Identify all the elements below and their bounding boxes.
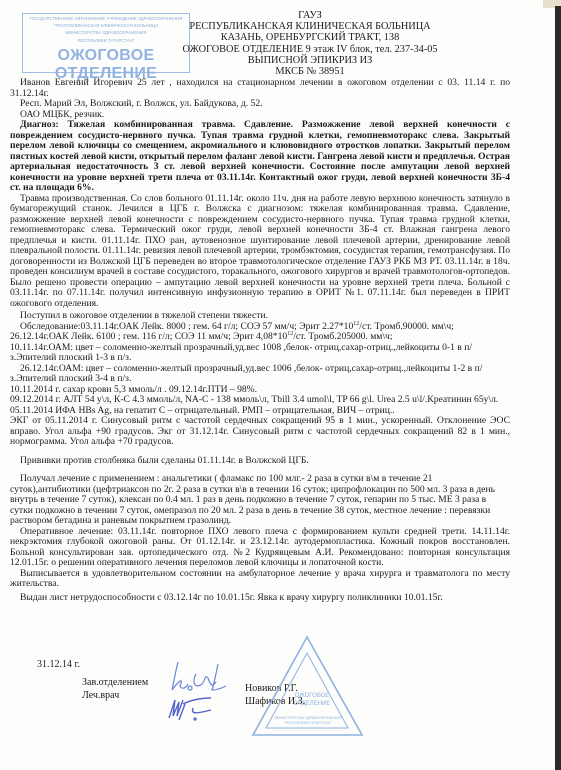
department-line: ОЖОГОВОЕ ОТДЕЛЕНИЕ 9 этаж IV блок, тел. …: [150, 44, 470, 55]
document-page: ГОСУДАРСТВЕННОЕ АВТОНОМНОЕ УЧРЕЖДЕНИЕ ЗД…: [0, 0, 561, 770]
anamnesis: Травма производственная. Со слов больног…: [10, 194, 510, 310]
signature-doctor: [165, 690, 215, 722]
patient-intro: Иванов Евгений Игоревич 25 лет , находил…: [10, 78, 510, 99]
treatment: Получал лечение с применением : анальгет…: [10, 474, 510, 527]
ecg-results: ЭКГ от 05.11.2014 г. Синусовый ритм с ча…: [10, 416, 510, 448]
svg-text:ОЖОГОВОЕ: ОЖОГОВОЕ: [295, 693, 330, 699]
patient-address: Респ. Марий Эл, Волжский, г. Волжск, ул.…: [10, 99, 510, 110]
sick-leave: Выдан лист нетрудоспособности с 03.12.14…: [10, 593, 510, 604]
discharge: Выписывается в удовлетворительном состоя…: [10, 569, 510, 590]
document-title: ВЫПИСНОЙ ЭПИКРИЗ ИЗ: [150, 55, 470, 66]
record-number: МКСБ № 38951: [150, 66, 470, 77]
role-head: Зав.отделением: [82, 676, 148, 689]
discharge-date: 31.12.14 г.: [37, 658, 80, 671]
document-body: Иванов Евгений Игоревич 25 лет , находил…: [10, 78, 510, 603]
hospital-name: РЕСПУБЛИКАНСКАЯ КЛИНИЧЕСКАЯ БОЛЬНИЦА: [150, 21, 470, 32]
svg-text:ОТДЕЛЕНИЕ: ОТДЕЛЕНИЕ: [294, 701, 331, 707]
lab-biochem: 09.12.2014 г. АЛТ 54 у\л, К-С 4.3 ммоль/…: [10, 395, 510, 406]
role-doctor: Леч.врач: [82, 689, 148, 702]
svg-text:РЕСПУБЛИКИ ТАТАРСТАН": РЕСПУБЛИКИ ТАТАРСТАН": [284, 721, 332, 725]
org-name: ГАУЗ: [150, 10, 470, 21]
triangle-stamp: ОЖОГОВОЕ ОТДЕЛЕНИЕ МИНИСТЕРСТВА ЗДРАВООХ…: [250, 635, 365, 740]
document-header: ГАУЗ РЕСПУБЛИКАНСКАЯ КЛИНИЧЕСКАЯ БОЛЬНИЦ…: [150, 10, 470, 77]
surgery: Оперативное лечение: 03.11.14г. повторно…: [10, 527, 510, 569]
scan-edge-border: [555, 6, 561, 770]
diagnosis: Диагноз: Тяжелая комбинированная травма.…: [10, 120, 510, 194]
svg-text:МИНИСТЕРСТВА ЗДРАВООХРАНЕНИЯ: МИНИСТЕРСТВА ЗДРАВООХРАНЕНИЯ: [274, 716, 342, 720]
signature-roles: Зав.отделением Леч.врач: [82, 676, 148, 702]
lab-urine-2: 26.12.14г.ОАМ: цвет – соломенно-желтый п…: [10, 364, 510, 385]
lab-cbc-2: 26.12.14г.ОАК Лейк. 6100 ; гем. 116 г/л;…: [10, 332, 510, 343]
lab-urine-1: 10.11.14г.ОАМ: цвет – соломенно-желтый п…: [10, 343, 510, 364]
vaccination: Прививки против столбняка были сделаны 0…: [10, 456, 510, 467]
hospital-address: КАЗАНЬ, ОРЕНБУРГСКИЙ ТРАКТ, 138: [150, 32, 470, 43]
